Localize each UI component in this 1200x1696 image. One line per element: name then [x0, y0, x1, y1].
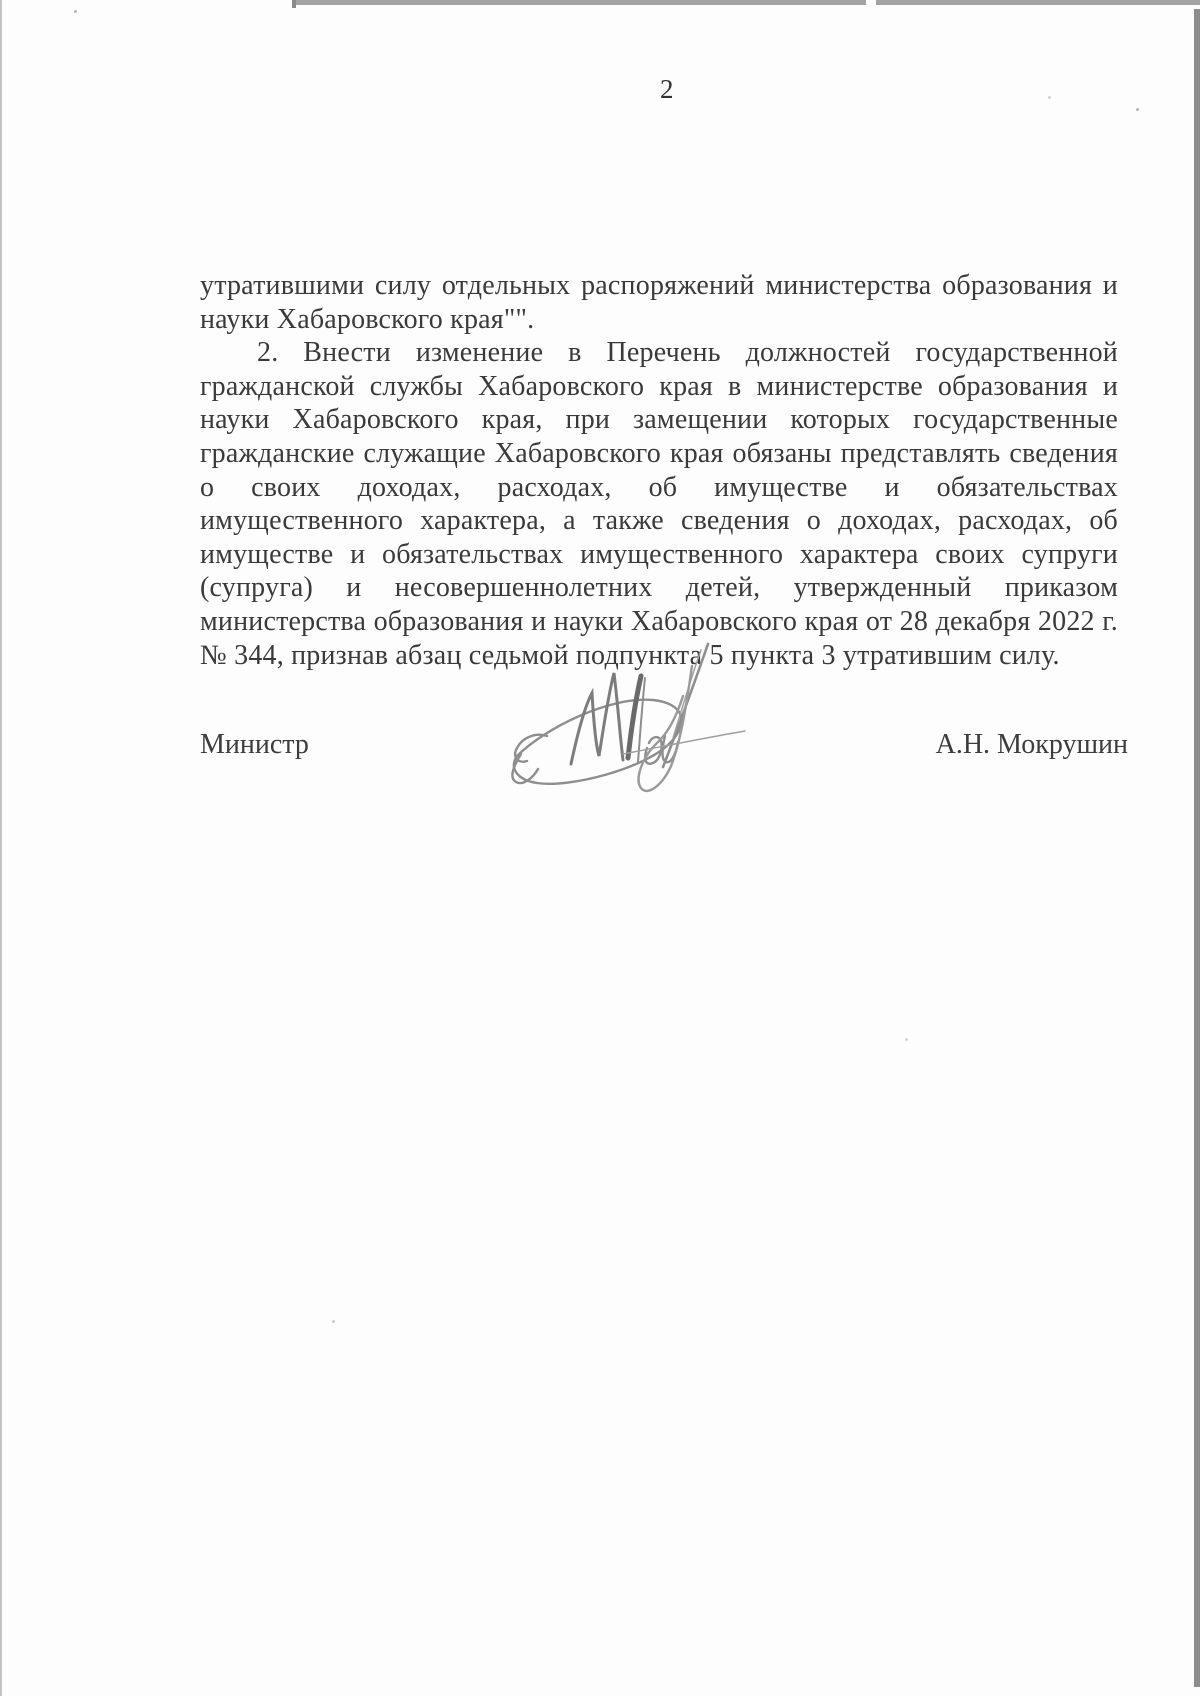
paragraph-item-2: 2. Внести изменение в Перечень должносте… [200, 336, 1118, 672]
paragraph-continuation: утратившими силу отдельных распоряжений … [200, 269, 1118, 336]
scan-speck [74, 10, 77, 13]
signature-row: Министр А.Н. Мокрушин [200, 728, 1128, 761]
scanned-document-page: 2 утратившими силу отдельных распоряжени… [0, 0, 1200, 1696]
scan-speck [332, 1320, 335, 1323]
signer-title: Министр [200, 728, 309, 761]
scan-edge-top-tick [292, 0, 296, 8]
scan-edge-left [0, 0, 2, 1696]
document-body: утратившими силу отдельных распоряжений … [200, 269, 1118, 672]
scan-edge-top [292, 0, 1200, 5]
scan-speck [1048, 96, 1051, 99]
scan-speck [905, 1038, 908, 1041]
scan-edge-right [1194, 9, 1200, 1687]
scan-edge-top-gap [866, 0, 876, 6]
signer-name: А.Н. Мокрушин [936, 728, 1128, 761]
scan-speck [1136, 108, 1139, 111]
page-number: 2 [660, 74, 674, 104]
signature-image [495, 636, 751, 800]
